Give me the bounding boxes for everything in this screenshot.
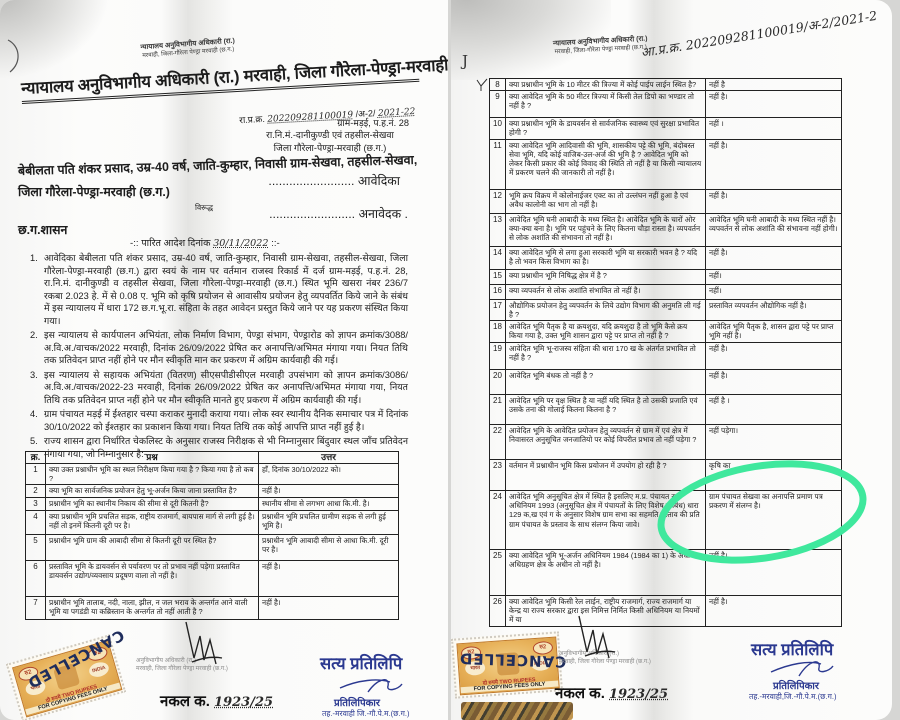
order-date: 30/11/2022 (213, 238, 268, 249)
cell-question: क्या आवेदित भूमि से लगा हुआ सरकारी भूमि … (506, 246, 706, 269)
paragraph-text: इस न्यायालय से सहायक अभियंता (वितरण) सीए… (44, 370, 408, 405)
cell-no: 23 (490, 460, 506, 491)
paragraph-number: 2. (30, 329, 38, 342)
cell-no: 15 (490, 269, 506, 284)
officer-signature-icon (178, 618, 228, 678)
cell-answer: नहीं है । (706, 395, 842, 425)
cell-answer: हाँ, दिनांक 30/10/2022 को। (259, 464, 399, 485)
header-question: प्रश्न (46, 452, 259, 464)
pencil-mark-icon (2, 36, 32, 76)
order-paragraphs: 1.आवेदिका बेबीलता पति शंकर प्रसाद, उम्र-… (30, 252, 408, 462)
document-page-1: न्यायालय अनुविभागीय अधिकारी (रा.) मरवाही… (0, 0, 448, 720)
cell-question: क्या आवेदित भूमि भू-अर्जन अधिनियम 1984 (… (506, 550, 706, 596)
cell-question: प्रश्नाधीन भूमि तालाब, नदी, नाला, झील, न… (46, 596, 259, 619)
cell-question: आवेदित भूमि पर वृक्ष स्थित है या नहीं यद… (506, 395, 706, 425)
cell-question: आवेदित भूमि घनी आबादी के मध्य स्थित है। … (506, 213, 706, 246)
background-fabric (461, 702, 573, 720)
order-paragraph: 2.इस न्यायालय से कार्यपालन अभियंता, लोक … (30, 329, 408, 367)
table-row: 26क्या आवेदित भूमि किसी रेल लाईन, राष्ट्… (490, 596, 842, 627)
table-row: 12भूमि क्रय विक्रय में कोलोनाईजर एक्ट का… (490, 189, 842, 213)
paragraph-number: 4. (30, 408, 38, 421)
table-row: 22आवेदित भूमि के आवेदित प्रयोजन हेतु व्य… (490, 425, 842, 460)
table-row: 20आवेदित भूमि बंधक तो नहीं है ?नहीं है। (490, 370, 842, 395)
cell-no: 11 (490, 139, 506, 189)
table-row: 6प्रस्तावित भूमि के डायवर्सन से पर्यावरण… (26, 560, 399, 596)
cell-no: 25 (490, 550, 506, 596)
table-row: 21आवेदित भूमि पर वृक्ष स्थित है या नहीं … (490, 395, 842, 425)
cell-question: क्या उक्त प्रश्नाधीन भूमि का स्थल निरीक्… (46, 464, 259, 485)
paragraph-number: 5. (30, 435, 38, 448)
handwritten-case-number: आ.प्र.क्र. 202209281100019/अ-2/2021-2 (640, 7, 879, 61)
table-row: 16क्या व्यपवर्तन से लोक अशांति संभावित त… (490, 284, 842, 299)
table-row: 15क्या प्रश्नाधीन भूमि निषिद्ध क्षेत्र म… (490, 269, 842, 284)
cell-question: क्या प्रश्नाधीन भूमि निषिद्ध क्षेत्र में… (506, 269, 706, 284)
order-heading-suffix: ::- (271, 238, 280, 249)
cell-answer: आवेदित भूमि पैतृक है, शासन द्वारा पट्टे … (706, 321, 842, 343)
cell-answer: नहीं है। (259, 485, 399, 497)
table-row: 24आवेदित भूमि अनुसूचित क्षेत्र में स्थित… (490, 491, 842, 550)
table-row: 4क्या प्रश्नाधीन भूमि प्रचलित सड़क, राष्… (26, 510, 399, 534)
cell-no: 19 (490, 343, 506, 370)
cell-no: 7 (26, 596, 46, 619)
table-header-row: क्र. प्रश्न उत्तर (26, 452, 399, 464)
copy-number-value: 1923/25 (609, 687, 668, 702)
table-row: 3प्रश्नाधीन भूमि का स्थानीय निकाय की सीम… (26, 497, 399, 510)
table-row: 8क्या प्रश्नाधीन भूमि के 10 मीटर की त्रि… (490, 79, 842, 91)
cell-question: क्या व्यपवर्तन से लोक अशांति संभावित तो … (506, 284, 706, 299)
order-heading-prefix: -:: पारित आदेश दिनांक (130, 238, 211, 249)
cell-question: आवेदित भूमि भू-राजस्व संहिता की धारा 170… (506, 343, 706, 370)
stamp-oval-right: INDIA (87, 660, 110, 679)
copyist-office: तह.-मरवाही,जि.-गौ.पे.म.(छ.ग.) (749, 692, 836, 702)
tick-mark-icon (475, 78, 489, 92)
cell-no: 22 (490, 425, 506, 460)
cell-no: 3 (26, 497, 46, 510)
cell-answer: नहीं है। (706, 189, 842, 213)
copy-number: नकल क. 1923/25 (555, 683, 668, 703)
cell-answer: नहीं है। (706, 343, 842, 370)
table-row: 23वर्तमान में प्रश्नाधीन भूमि किस प्रयोज… (490, 460, 842, 491)
cell-no: 1 (26, 464, 46, 485)
cell-answer: नहीं है। (706, 139, 842, 189)
cell-question: वर्तमान में प्रश्नाधीन भूमि किस प्रयोजन … (506, 460, 706, 491)
cell-answer: स्थानीय सीमा से लगभग आधा कि.मी. है। (259, 497, 399, 510)
order-paragraph: 4.ग्राम पंचायत मड़ई में ईश्तहार चस्पा कर… (30, 408, 408, 433)
applicant-label: ......................... आवेदिका (268, 172, 400, 189)
copyist-label: प्रतिलिपिकार (773, 678, 819, 692)
address-circle: रा.नि.मं.-दानीकुण्डी एवं तहसील-सेखवा (245, 129, 415, 141)
cell-question: प्रश्नाधीन भूमि का स्थानीय निकाय की सीमा… (46, 497, 259, 510)
cell-question: औद्योगिक प्रयोजन हेतु व्यपवर्तन के लिये … (506, 299, 706, 320)
copy-number-label: नकल क. (160, 693, 210, 710)
cell-no: 24 (490, 491, 506, 550)
respondent-name: छ.ग.शासन (18, 221, 67, 238)
cell-answer: नहीं है। (706, 246, 842, 269)
copyist-signature-icon (338, 674, 408, 696)
cancelled-mark: CANCELLED (459, 649, 567, 671)
cell-answer: नहीं है। (706, 91, 842, 118)
cell-question: क्या प्रश्नाधीन भूमि के डायवर्सन से सार्… (506, 118, 706, 139)
cell-answer: नहीं है। (706, 550, 842, 596)
versus-label: विरूद्ध (195, 203, 213, 213)
paragraph-text: आवेदिका बेबीलता पति शंकर प्रसाद, उम्र-40… (44, 253, 408, 326)
cell-question: क्या आवेदित भूमि के 50 मीटर त्रिज्या में… (506, 91, 706, 118)
paragraph-text: ग्राम पंचायत मड़ई में ईश्तहार चस्पा कराक… (44, 409, 408, 432)
table-row: 2क्या भूमि का सार्वजनिक प्रयोजन हेतु भू-… (26, 485, 399, 497)
cell-no: 4 (26, 510, 46, 534)
cell-no: 2 (26, 485, 46, 497)
cell-no: 10 (490, 118, 506, 139)
table-row: 13आवेदित भूमि घनी आबादी के मध्य स्थित है… (490, 213, 842, 246)
copyist-signature-icon (769, 656, 839, 680)
cell-no: 6 (26, 560, 46, 596)
cell-no: 5 (26, 534, 46, 560)
cell-answer: नहीं है। (259, 596, 399, 619)
cell-no: 12 (490, 189, 506, 213)
copyist-label: प्रतिलिपिकार (334, 695, 380, 709)
order-paragraph: 1.आवेदिका बेबीलता पति शंकर प्रसाद, उम्र-… (30, 252, 408, 327)
document-page-2: J न्यायालय अनुविभागीय अधिकारी (रा.) मरवा… (451, 0, 892, 720)
cell-question: आवेदित भूमि पैतृक है या क्रयशुदा, यदि क्… (506, 321, 706, 343)
table-row: 14क्या आवेदित भूमि से लगा हुआ सरकारी भूम… (490, 246, 842, 269)
paragraph-text: इस न्यायालय से कार्यपालन अभियंता, लोक नि… (44, 330, 408, 365)
cell-no: 9 (490, 91, 506, 118)
cell-answer: प्रश्नाधीन भूमि प्रचलित ग्रामीण सड़क से … (259, 510, 399, 534)
page-mark: J (462, 52, 468, 70)
order-heading: -:: पारित आदेश दिनांक 30/11/2022 ::- (130, 236, 280, 249)
copy-number: नकल क. 1923/25 (160, 691, 273, 711)
cell-question: आवेदित भूमि अनुसूचित क्षेत्र में स्थित ह… (506, 491, 706, 550)
table-row: 10क्या प्रश्नाधीन भूमि के डायवर्सन से सा… (490, 118, 842, 139)
cell-no: 13 (490, 213, 506, 246)
officer-signature-icon (571, 612, 621, 670)
cell-no: 20 (490, 370, 506, 395)
cell-question: भूमि क्रय विक्रय में कोलोनाईजर एक्ट का त… (506, 189, 706, 213)
table-row: 25क्या आवेदित भूमि भू-अर्जन अधिनियम 1984… (490, 550, 842, 596)
cell-answer: प्रस्तावित व्यपवर्तन औद्योगिक नहीं है। (706, 299, 842, 320)
court-address: ग्राम-मड़ई, प.ह.नं. 28 रा.नि.मं.-दानीकुण… (245, 117, 415, 154)
cell-answer: नहीं है (706, 79, 842, 91)
cell-answer: ग्राम पंचायत सेखवा का अनापत्ति प्रमाण पत… (706, 491, 842, 550)
cell-answer: नहीं। (706, 284, 842, 299)
cell-no: 18 (490, 321, 506, 343)
cell-question: क्या आवेदित भूमि आदिवासी की भूमि, शासकीय… (506, 139, 706, 189)
paragraph-number: 3. (30, 369, 38, 382)
cell-answer: नहीं है। (259, 560, 399, 596)
table-row: 7प्रश्नाधीन भूमि तालाब, नदी, नाला, झील, … (26, 596, 399, 619)
cell-no: 8 (490, 79, 506, 91)
cell-answer: नहीं है। (706, 370, 842, 395)
cell-question: प्रस्तावित भूमि के डायवर्सन से पर्यावरण … (46, 560, 259, 596)
cell-answer: प्रश्नाधीन भूमि आबादी सीमा से आधा कि.मी.… (259, 534, 399, 560)
cell-answer: नहीं। (706, 269, 842, 284)
cell-question: क्या भूमि का सार्वजनिक प्रयोजन हेतु भू-अ… (46, 485, 259, 497)
address-village: ग्राम-मड़ई, प.ह.नं. 28 (245, 117, 415, 129)
table-row: 17औद्योगिक प्रयोजन हेतु व्यपवर्तन के लिय… (490, 299, 842, 320)
cell-question: क्या प्रश्नाधीन भूमि प्रचलित सड़क, राष्ट… (46, 510, 259, 534)
cell-no: 26 (490, 596, 506, 627)
court-seal-stamp: न्यायालय अनुविभागीय अधिकारी (रा.) मरवाही… (128, 36, 249, 62)
copy-number-value: 1923/25 (214, 695, 273, 710)
cell-no: 17 (490, 299, 506, 320)
order-paragraph: 3.इस न्यायालय से सहायक अभियंता (वितरण) स… (30, 369, 408, 407)
cell-no: 16 (490, 284, 506, 299)
cell-question: प्रश्नाधीन भूमि ग्राम की आबादी सीमा से क… (46, 534, 259, 560)
cell-answer: आवेदित भूमि घनी आबादी के मध्य स्थित नहीं… (706, 213, 842, 246)
cell-question: आवेदित भूमि के आवेदित प्रयोजन हेतु व्यपव… (506, 425, 706, 460)
table-row: 11क्या आवेदित भूमि आदिवासी की भूमि, शासक… (490, 139, 842, 189)
table-row: 9क्या आवेदित भूमि के 50 मीटर त्रिज्या मे… (490, 91, 842, 118)
cell-question: क्या प्रश्नाधीन भूमि के 10 मीटर की त्रिज… (506, 79, 706, 91)
cell-answer: नहीं । (706, 118, 842, 139)
respondent-label: ......................... अनावेदक . (269, 205, 408, 222)
table-row: 5प्रश्नाधीन भूमि ग्राम की आबादी सीमा से … (26, 534, 399, 560)
table-row: 19आवेदित भूमि भू-राजस्व संहिता की धारा 1… (490, 343, 842, 370)
cell-answer: नहीं है। (706, 596, 842, 627)
true-copy-label: सत्य प्रतिलिपि (320, 651, 402, 674)
header-answer: उत्तर (259, 452, 399, 464)
copy-number-label: नकल क. (555, 685, 605, 702)
header-serial: क्र. (26, 452, 46, 464)
cell-answer: कृषि का (706, 460, 842, 491)
table-row: 18आवेदित भूमि पैतृक है या क्रयशुदा, यदि … (490, 321, 842, 343)
cell-no: 14 (490, 246, 506, 269)
checklist-table-part-2: 8क्या प्रश्नाधीन भूमि के 10 मीटर की त्रि… (489, 78, 842, 627)
applicant-line-2: जिला गौरेला-पेण्ड्रा-मरवाही (छ.ग.) (18, 183, 170, 200)
checklist-table-part-1: क्र. प्रश्न उत्तर 1क्या उक्त प्रश्नाधीन … (25, 451, 399, 620)
cell-answer: नहीं पड़ेगा। (706, 425, 842, 460)
table-row: 1क्या उक्त प्रश्नाधीन भूमि का स्थल निरीक… (26, 464, 399, 485)
cell-no: 21 (490, 395, 506, 425)
paragraph-number: 1. (30, 252, 38, 265)
copyist-office: तह.-मरवाही जि.-गौ.पे.म.(छ.ग.) (322, 709, 409, 719)
cell-question: आवेदित भूमि बंधक तो नहीं है ? (506, 370, 706, 395)
